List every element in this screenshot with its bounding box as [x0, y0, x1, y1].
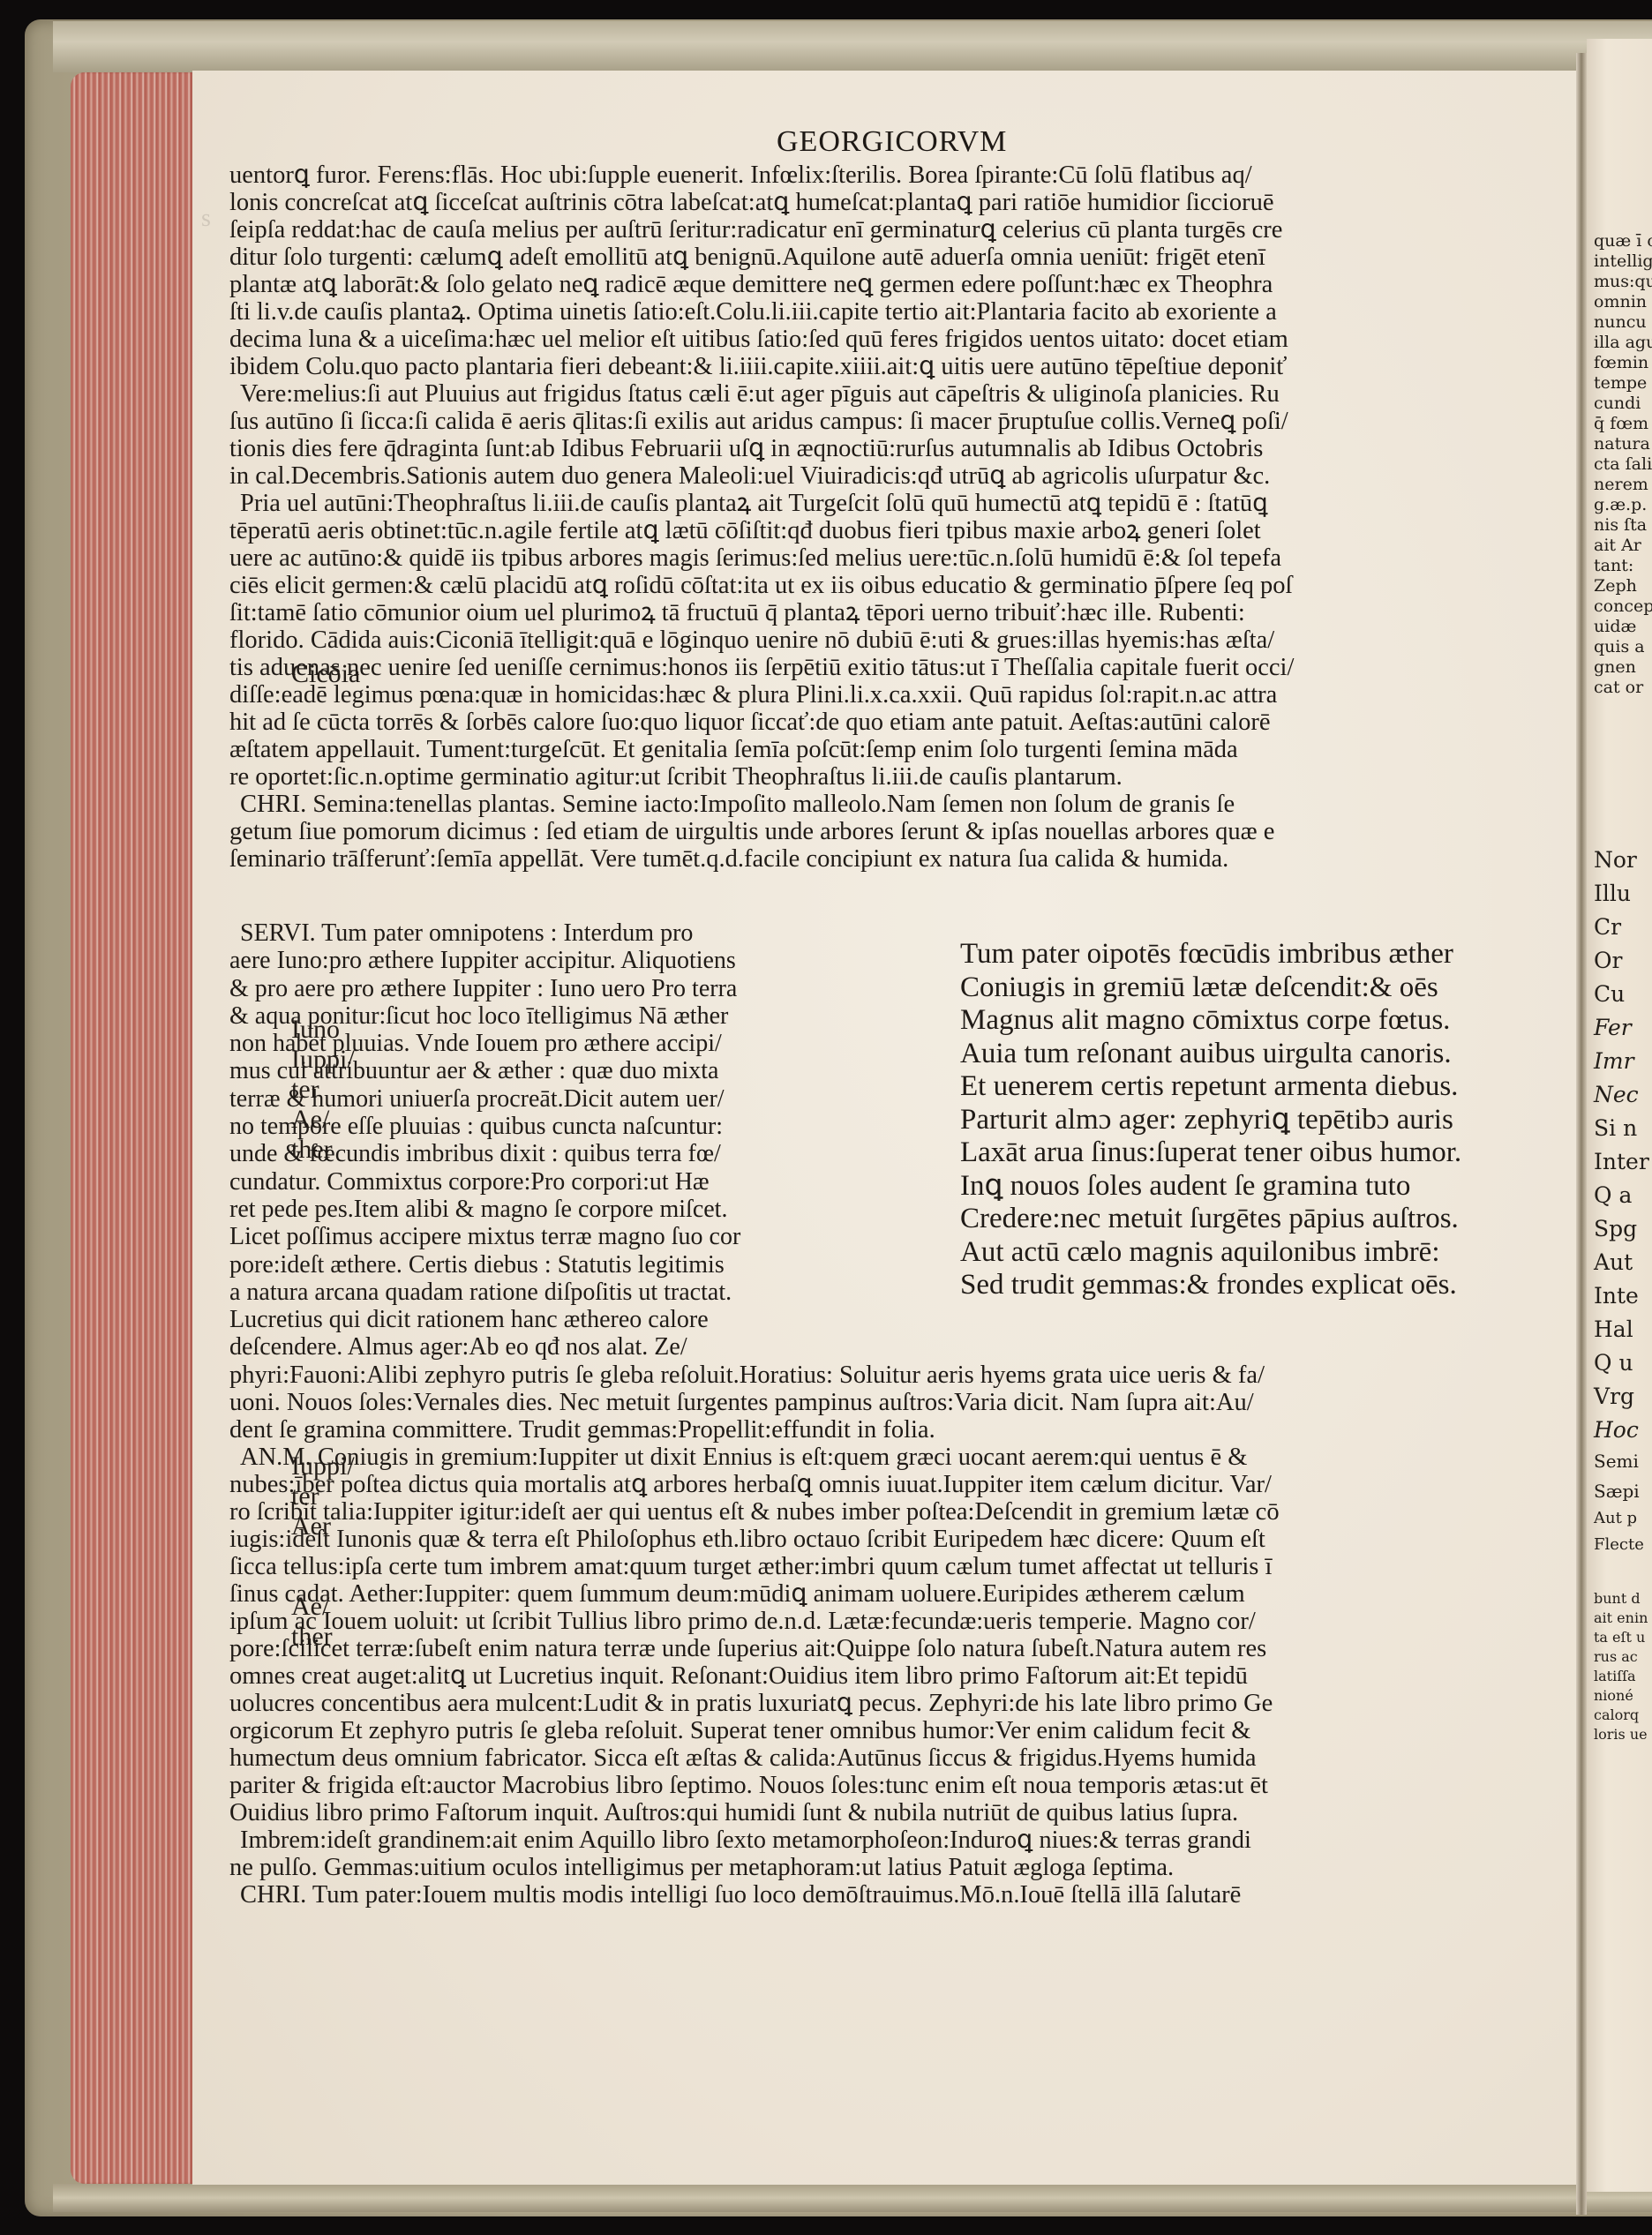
text-line: a natura arcana quadam ratione diſpoſiti…: [229, 1279, 740, 1306]
text-line: ſinus cadat. Aether:Iuppiter: quem ſummu…: [229, 1580, 1280, 1608]
facing-text-line: tempe: [1594, 375, 1647, 392]
text-line: tionis dies fere q̄draginta ſunt:ab Idib…: [229, 435, 1294, 462]
left-page: s GEORGICORVM uentorꝗ furor. Ferens:flās…: [192, 71, 1576, 2185]
main-text-block-1: uentorꝗ furor. Ferens:flās. Hoc ubi:ſupp…: [229, 161, 1294, 873]
facing-verse-line: Q u: [1594, 1352, 1633, 1374]
facing-verse-line: Illu: [1594, 882, 1631, 904]
text-line: Lucretius qui dicit rationem hanc æthere…: [229, 1306, 740, 1333]
facing-text-line: concep: [1594, 598, 1652, 615]
text-line: deſcendere. Almus ager:Ab eo qđ nos alat…: [229, 1333, 740, 1361]
text-line: uere ac autūno:& quidē iis tpibus arbore…: [229, 544, 1294, 572]
facing-text-line: cat or: [1594, 679, 1643, 696]
facing-verse-line: Hoc: [1594, 1419, 1639, 1441]
text-line: & aqua ponitur:ſicut hoc loco ītelligimu…: [229, 1002, 740, 1030]
facing-text-line: bunt d: [1594, 1592, 1641, 1606]
facing-verse-line: Flecte: [1594, 1537, 1644, 1553]
facing-verse-line: Inte: [1594, 1285, 1639, 1307]
text-line: hit ad ſe cūcta torrēs & ſorbēs calore ſ…: [229, 709, 1294, 736]
margin-note-iuppiter-group: Iuppi/ ter Aer: [291, 1451, 355, 1541]
text-line: AN.M. Coniugis in gremium:Iuppiter ut di…: [229, 1444, 1280, 1471]
facing-text-line: omnin: [1594, 294, 1647, 311]
verse-line: Laxāt arua ſinus:ſuperat tener oibus hum…: [960, 1136, 1461, 1170]
verse-line: Parturit almɔ ager: zephyriꝗ tepētibɔ au…: [960, 1104, 1461, 1137]
facing-text-line: Zeph: [1594, 578, 1637, 595]
text-line: unde & fœcundis imbribus dixit : quibus …: [229, 1140, 740, 1167]
facing-text-line: q̄ fœm: [1594, 416, 1648, 432]
text-line: in cal.Decembris.Sationis autem duo gene…: [229, 462, 1294, 490]
facing-verse-line: Cr: [1594, 916, 1621, 938]
text-line: ret pede pes.Item alibi & magno ſe corpo…: [229, 1196, 740, 1223]
facing-verse-line: Fer: [1594, 1016, 1632, 1039]
text-line: ditur ſolo turgenti: cælumꝗ adeſt emolli…: [229, 244, 1294, 271]
text-line: ſeipſa reddat:hac de cauſa melius per au…: [229, 216, 1294, 244]
servi-commentary-column: SERVI. Tum pater omnipotens : Interdum p…: [229, 919, 740, 1361]
facing-verse-line: Sæpi: [1594, 1482, 1640, 1500]
facing-text-line: ait Ar: [1594, 537, 1641, 554]
facing-text-line: cundi: [1594, 395, 1641, 412]
margin-note-ciconia: Cicōia: [291, 659, 360, 689]
text-line: lonis concreſcat atꝗ ſicceſcat auſtrinis…: [229, 189, 1294, 216]
facing-text-line: nuncu: [1594, 314, 1647, 331]
text-line: ibidem Colu.quo pacto plantaria fieri de…: [229, 353, 1294, 380]
facing-verse-line: Vrg: [1594, 1385, 1634, 1407]
facing-text-line: quis a: [1594, 639, 1645, 656]
facing-verse-line: Hal: [1594, 1318, 1633, 1340]
text-line: æſtatem appellauit. Tument:turgeſcūt. Et…: [229, 736, 1294, 763]
facing-verse-line: Nor: [1594, 849, 1637, 871]
facing-text-line: latiſſa: [1594, 1669, 1636, 1684]
text-line: cundatur. Commixtus corpore:Pro corpori:…: [229, 1168, 740, 1196]
text-line: uoni. Nouos ſoles:Vernales dies. Nec met…: [229, 1389, 1280, 1416]
text-line: uolucres concentibus aera mulcent:Ludit …: [229, 1690, 1280, 1717]
facing-text-line: rus ac: [1594, 1650, 1638, 1664]
facing-page-partial: quæ ī o intellig mus:qu omnin nuncu illa…: [1587, 39, 1652, 2192]
text-line: nubes:īber poſtea dictus quia mortalis a…: [229, 1471, 1280, 1498]
verse-line: Aut actū cælo magnis aquilonibus imbrē:: [960, 1236, 1461, 1270]
book-gutter: [1576, 53, 1587, 2215]
facing-verse-line: Spg: [1594, 1218, 1637, 1240]
text-line: ſeminario trāſferunť:ſemīa appellāt. Ver…: [229, 845, 1294, 873]
facing-text-line: tant:: [1594, 558, 1633, 574]
page-stack-red-edges: [71, 72, 194, 2184]
facing-text-line: mus:qu: [1594, 274, 1652, 290]
text-line: Ouidius libro primo Faſtorum inquit. Auſ…: [229, 1799, 1280, 1826]
text-line: aere Iuno:pro æthere Iuppiter accipitur.…: [229, 947, 740, 974]
facing-verse-line: Nec: [1594, 1084, 1639, 1106]
facing-text-line: gnen: [1594, 659, 1636, 676]
facing-text-line: ta eſt u: [1594, 1631, 1645, 1645]
facing-verse-line: Aut: [1594, 1251, 1633, 1273]
verse-line: Auia tum reſonant auibus uirgulta canori…: [960, 1038, 1461, 1071]
text-line: Licet poſſimus accipere mixtus terræ mag…: [229, 1223, 740, 1250]
facing-text-line: intellig: [1594, 253, 1652, 270]
facing-verse-line: Aut p: [1594, 1511, 1637, 1526]
text-line: tēperatū aeris obtinet:tūc.n.agile ferti…: [229, 517, 1294, 544]
text-line: getum ſiue pomorum dicimus : ſed etiam d…: [229, 818, 1294, 845]
facing-text-line: ait enin: [1594, 1611, 1648, 1625]
facing-text-line: g.æ.p.: [1594, 497, 1647, 514]
verse-line: Et uenerem certis repetunt armenta diebu…: [960, 1070, 1461, 1104]
text-line: humectum deus omnium fabricator. Sicca e…: [229, 1744, 1280, 1772]
show-through-text: s: [201, 205, 211, 233]
text-line: pariter & frigida eſt:auctor Macrobius l…: [229, 1772, 1280, 1799]
facing-text-line: illa agu: [1594, 334, 1652, 351]
text-line: re oportet:ſic.n.optime germinatio agitu…: [229, 763, 1294, 791]
text-line: ro ſcribit talia:Iuppiter igitur:ideſt a…: [229, 1498, 1280, 1526]
verse-line: Magnus alit magno cōmixtus corpe fœtus.: [960, 1004, 1461, 1038]
text-line: omnes creat auget:alitꝗ ut Lucretius inq…: [229, 1662, 1280, 1690]
facing-text-line: fœmin: [1594, 355, 1648, 371]
text-line: phyri:Fauoni:Alibi zephyro putris ſe gle…: [229, 1361, 1280, 1389]
facing-text-line: nerem: [1594, 476, 1648, 493]
text-line: tis aduenas nec uenire ſed ueniſſe cerni…: [229, 654, 1294, 681]
facing-text-line: loris ue: [1594, 1728, 1648, 1742]
text-line: mus cui attribuuntur aer & æther : quæ d…: [229, 1057, 740, 1084]
verse-line: Sed trudit gemmas:& frondes explicat oēs…: [960, 1269, 1461, 1302]
verse-line: Inꝗ nouos ſoles audent ſe gramina tuto: [960, 1170, 1461, 1204]
text-line: orgicorum Et zephyro putris ſe gleba reſ…: [229, 1717, 1280, 1744]
facing-verse-line: Cu: [1594, 983, 1625, 1005]
text-line: dent ſe gramina committere. Trudit gemma…: [229, 1416, 1280, 1444]
facing-text-line: cta ſali: [1594, 456, 1652, 473]
text-line: uentorꝗ furor. Ferens:flās. Hoc ubi:ſupp…: [229, 161, 1294, 189]
facing-text-line: nis ſta: [1594, 517, 1647, 534]
text-line: ciēs elicit germen:& cælū placidū atꝗ ro…: [229, 572, 1294, 599]
text-line: non habet pluuias. Vnde Iouem pro æthere…: [229, 1030, 740, 1057]
text-line: CHRI. Tum pater:Iouem multis modis intel…: [229, 1881, 1280, 1909]
text-line: decima luna & a uiceſima:hæc uel melior …: [229, 326, 1294, 353]
text-line: ſti li.v.de cauſis plantaꝝ. Optima uinet…: [229, 298, 1294, 326]
text-line: & pro aere pro æthere Iuppiter : Iuno ue…: [229, 975, 740, 1002]
text-line: iugis:ideſt Iunonis quæ & terra eſt Phil…: [229, 1526, 1280, 1553]
facing-verse-line: Semi: [1594, 1452, 1639, 1470]
facing-text-line: uidæ: [1594, 619, 1636, 635]
main-text-block-2: phyri:Fauoni:Alibi zephyro putris ſe gle…: [229, 1361, 1280, 1909]
text-line: ſit:tamē ſatio cōmunior oium uel plurimo…: [229, 599, 1294, 626]
facing-verse-line: Or: [1594, 949, 1622, 971]
cover-top-edge: [53, 21, 1652, 72]
virgil-verse-column: Tum pater oipotēs fœcūdis imbribus æther…: [960, 938, 1461, 1302]
text-line: ſicca tellus:ipſa certe tum imbrem amat:…: [229, 1553, 1280, 1580]
text-line: florido. Cādida auis:Ciconiā ītelligit:q…: [229, 626, 1294, 654]
text-line: Imbrem:ideſt grandinem:ait enim Aquillo …: [229, 1826, 1280, 1854]
text-line: Vere:melius:ſi aut Pluuius aut frigidus …: [229, 380, 1294, 408]
text-line: ne pulſo. Gemmas:uitium oculos intelligi…: [229, 1854, 1280, 1881]
verse-line: Tum pater oipotēs fœcūdis imbribus æther: [960, 938, 1461, 971]
text-line: plantæ atꝗ laborāt:& ſolo gelato neꝗ rad…: [229, 271, 1294, 298]
text-line: Pria uel autūni:Theophraſtus li.iii.de c…: [229, 490, 1294, 517]
verse-line: Coniugis in gremiū lætæ deſcendit:& oēs: [960, 971, 1461, 1005]
facing-text-line: natura: [1594, 436, 1650, 453]
facing-verse-line: Inter: [1594, 1151, 1649, 1173]
text-line: CHRI. Semina:tenellas plantas. Semine ia…: [229, 791, 1294, 818]
facing-text-line: calorq: [1594, 1708, 1639, 1722]
text-line: ipſum ac Iouem uoluit: ut ſcribit Tulliu…: [229, 1608, 1280, 1635]
verse-line: Credere:nec metuit ſurgētes pāpius auſtr…: [960, 1203, 1461, 1236]
cover-bottom-edge: [53, 2184, 1652, 2212]
text-line: pore:ſcilicet terræ:ſubeſt enim natura t…: [229, 1635, 1280, 1662]
text-line: diſſe:eadē legimus pœna:quæ in homicidas…: [229, 681, 1294, 709]
text-line: SERVI. Tum pater omnipotens : Interdum p…: [229, 919, 740, 947]
facing-verse-line: Q a: [1594, 1184, 1632, 1206]
text-line: no tempore eſſe pluuias : quibus cuncta …: [229, 1113, 740, 1140]
text-line: ſus autūno ſi ſicca:ſi calida ē aeris q̄…: [229, 408, 1294, 435]
facing-verse-line: Imr: [1594, 1050, 1634, 1072]
margin-note-aether-group: Ae/ ther: [291, 1592, 333, 1652]
facing-text-line: nioné: [1594, 1689, 1633, 1703]
facing-text-line: quæ ī o: [1594, 233, 1652, 250]
facing-verse-line: Si n: [1594, 1117, 1637, 1139]
running-head: GEORGICORVM: [777, 125, 1007, 159]
text-line: terræ & humori uniuerſa procreāt.Dicit a…: [229, 1085, 740, 1113]
text-line: pore:ideſt æthere. Certis diebus : Statu…: [229, 1251, 740, 1279]
